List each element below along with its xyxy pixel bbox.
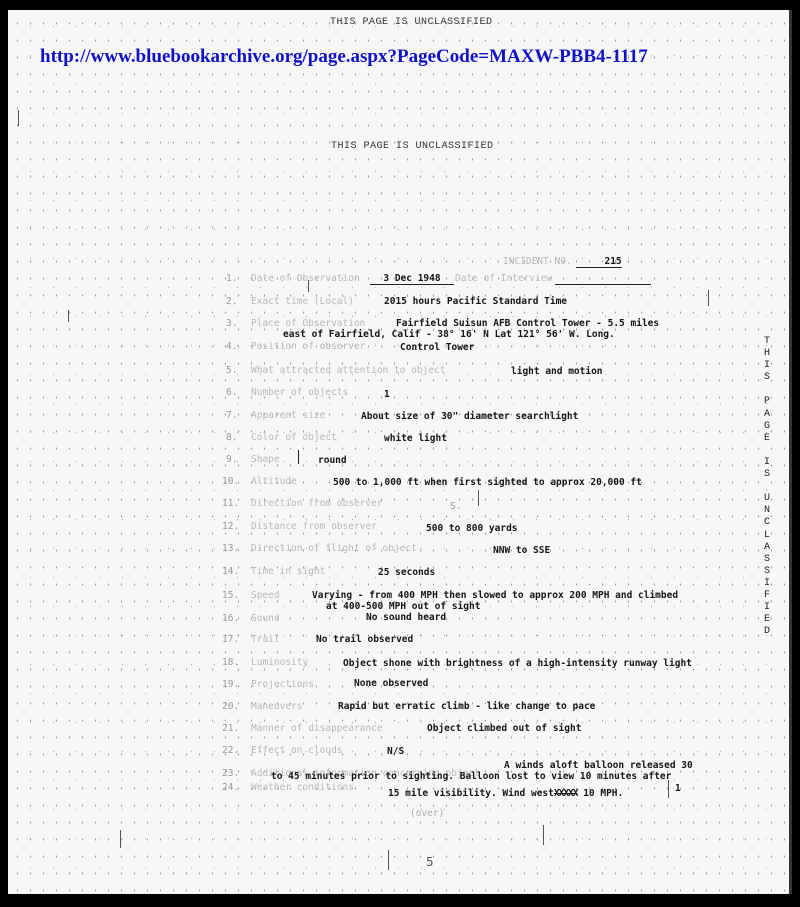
field-label: Place of Observation <box>251 318 365 329</box>
scan-scratch <box>388 850 389 870</box>
field-label: Number of objects <box>251 387 348 398</box>
side-stamp-letter: A <box>761 409 773 421</box>
item-number: 4. <box>226 341 237 352</box>
maneuvers-value: Rapid but erratic climb - like change to… <box>338 701 595 712</box>
additional-info-value: A winds aloft balloon released 30 <box>504 760 693 771</box>
time-in-sight-value: 25 seconds <box>378 567 435 578</box>
field-label: Distance from observer <box>251 521 377 532</box>
position-of-observer-value: Control Tower <box>400 342 474 353</box>
apparent-size-value: About size of 30" diameter searchlight <box>361 411 578 422</box>
shape-value: round <box>318 455 347 466</box>
side-stamp-letter: S <box>761 566 773 578</box>
scan-scratch <box>298 450 299 464</box>
item-number: 17. <box>222 634 239 645</box>
item-number: 16. <box>222 613 239 624</box>
scan-scratch <box>120 830 121 848</box>
scan-scratch <box>18 110 19 126</box>
color-of-object-value: white light <box>384 433 447 444</box>
field-label: Projections <box>251 679 314 690</box>
item-number: 11. <box>222 498 239 509</box>
document-page: THIS PAGE IS UNCLASSIFIED http://www.blu… <box>8 10 792 894</box>
item-number: 1. <box>226 273 237 284</box>
sound-value: No sound heard <box>366 612 446 623</box>
item-number: 24. <box>222 782 239 793</box>
item-number: 5. <box>226 365 237 376</box>
side-stamp-letter: H <box>761 348 773 360</box>
disappearance-value: Object climbed out of sight <box>427 723 581 734</box>
item-number: 18. <box>222 657 239 668</box>
field-label: Color of object <box>251 432 337 443</box>
field-label: Speed <box>251 590 280 601</box>
luminosity-value: Object shone with brightness of a high-i… <box>343 658 692 669</box>
item-number: 6. <box>226 387 237 398</box>
incident-label: INCIDENT NO. <box>503 256 572 267</box>
item-number: 20. <box>222 701 239 712</box>
scan-scratch <box>478 490 479 506</box>
item-number: 19. <box>222 679 239 690</box>
field-label: Shape <box>251 454 280 465</box>
scan-scratch <box>308 280 309 292</box>
scan-scratch <box>68 310 69 322</box>
item-number: 8. <box>226 432 237 443</box>
exact-time-value: 2015 hours Pacific Standard Time <box>384 296 567 307</box>
weather-text-end: 10 MPH. <box>577 788 623 799</box>
altitude-value: 500 to 1,000 ft when first sighted to ap… <box>333 477 642 488</box>
side-stamp-letter: I <box>761 578 773 590</box>
field-label: Direction of flight of object <box>251 543 417 554</box>
field-label: Maneuvers <box>251 701 302 712</box>
item-number: 10. <box>222 476 239 487</box>
additional-info-value-cont: to 45 minutes prior to sighting. Balloon… <box>271 771 671 782</box>
effect-on-clouds-value: N/S <box>387 746 404 757</box>
speed-value-cont: at 400-500 MPH out of sight <box>326 601 480 612</box>
side-stamp-letter: N <box>761 505 773 517</box>
item-number: 7. <box>226 410 237 421</box>
item-number: 14. <box>222 566 239 577</box>
field-label: Direction from observer <box>251 498 383 509</box>
field-label: Luminosity <box>251 657 308 668</box>
side-stamp-letter: F <box>761 590 773 602</box>
field-label: Time in sight <box>251 566 325 577</box>
item-number: 22. <box>222 745 239 756</box>
item-number: 9. <box>226 454 237 465</box>
side-stamp-letter: S <box>761 469 773 481</box>
side-classification-stamp: THIS PAGE IS UNCLASSIFIED <box>761 336 773 638</box>
side-stamp-letter: E <box>761 433 773 445</box>
struck-text: XXXXX <box>554 788 578 799</box>
scan-scratch <box>708 290 709 306</box>
side-stamp-letter <box>761 481 773 493</box>
page-mark: 5 <box>426 855 434 869</box>
item-number: 2. <box>226 296 237 307</box>
place-of-observation-value-cont: east of Fairfield, Calif - 38° 16' N Lat… <box>283 329 615 340</box>
field-label: Position of observer <box>251 341 365 352</box>
projections-value: None observed <box>354 678 428 689</box>
over-note: (over) <box>410 808 444 819</box>
side-stamp-letter: D <box>761 626 773 638</box>
scan-scratch <box>543 825 544 845</box>
direction-from-observer-value: S. <box>450 501 461 512</box>
side-stamp-letter <box>761 384 773 396</box>
side-stamp-letter: T <box>761 336 773 348</box>
side-stamp-letter: L <box>761 530 773 542</box>
field-label: Date of Observation <box>251 273 360 284</box>
item-number: 21. <box>222 723 239 734</box>
side-stamp-letter: I <box>761 602 773 614</box>
field-label: Exact time (Local) <box>251 296 354 307</box>
field-label: Apparent size <box>251 410 325 421</box>
field-label: Effect on clouds <box>251 745 343 756</box>
side-stamp-letter: C <box>761 517 773 529</box>
side-stamp-letter: S <box>761 554 773 566</box>
side-stamp-letter: P <box>761 396 773 408</box>
direction-of-flight-value: NNW to SSE <box>493 545 550 556</box>
date-of-observation-value: 3 Dec 1948 <box>370 273 454 285</box>
item-number: 13. <box>222 543 239 554</box>
side-stamp-letter: I <box>761 457 773 469</box>
side-stamp-letter: E <box>761 614 773 626</box>
field-label: Trail <box>251 634 280 645</box>
side-stamp-letter: A <box>761 542 773 554</box>
side-stamp-letter: I <box>761 360 773 372</box>
scan-scratch <box>668 780 669 798</box>
field-label: Date of Interview <box>455 273 552 284</box>
distance-value: 500 to 800 yards <box>426 523 518 534</box>
field-label: Altitude <box>251 476 297 487</box>
date-of-interview-value <box>555 273 651 285</box>
side-stamp-letter: U <box>761 493 773 505</box>
side-stamp-letter <box>761 445 773 457</box>
archive-url-link[interactable]: http://www.bluebookarchive.org/page.aspx… <box>40 46 648 68</box>
field-label: Sound <box>251 613 280 624</box>
margin-note: 1 <box>675 783 681 794</box>
top-classification-stamp: THIS PAGE IS UNCLASSIFIED <box>330 17 493 28</box>
field-label: Weather conditions <box>251 782 354 793</box>
incident-number: 215 <box>576 256 622 268</box>
second-classification-stamp: THIS PAGE IS UNCLASSIFIED <box>331 141 494 152</box>
item-number: 3. <box>226 318 237 329</box>
incident-number-block: INCIDENT NO. 215 <box>503 251 622 269</box>
number-of-objects-value: 1 <box>384 389 390 400</box>
weather-value: 15 mile visibility. Wind westXXXXX 10 MP… <box>388 783 623 801</box>
item-number: 23. <box>222 768 239 779</box>
speed-value: Varying - from 400 MPH then slowed to ap… <box>312 590 678 601</box>
field-label: What attracted attention to object <box>251 365 445 376</box>
trail-value: No trail observed <box>316 634 413 645</box>
item-number: 15. <box>222 590 239 601</box>
scan-edge <box>789 10 792 894</box>
side-stamp-letter: G <box>761 421 773 433</box>
attracted-attention-value: light and motion <box>511 366 603 377</box>
item-number: 12. <box>222 521 239 532</box>
side-stamp-letter: S <box>761 372 773 384</box>
field-label: Manner of disappearance <box>251 723 383 734</box>
weather-text: 15 mile visibility. Wind west <box>388 788 554 799</box>
place-of-observation-value: Fairfield Suisun AFB Control Tower - 5.5… <box>396 318 659 329</box>
